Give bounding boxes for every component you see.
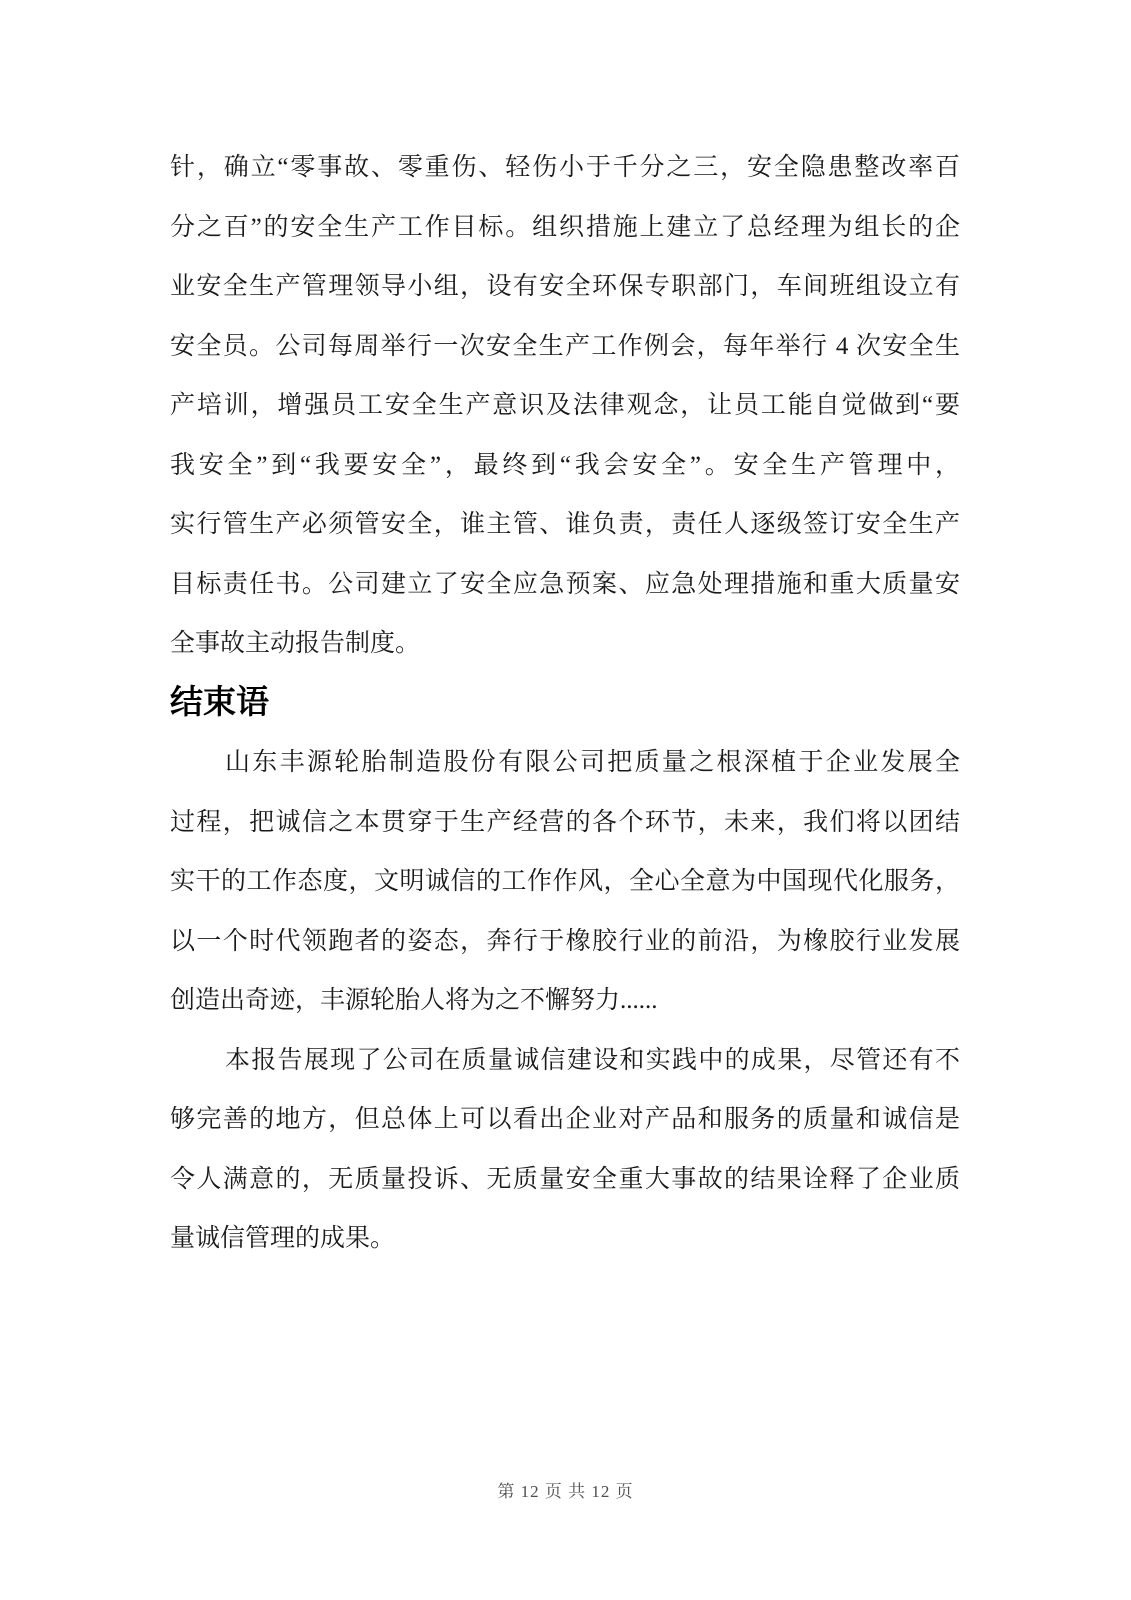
text-line: 山东丰源轮胎制造股份有限公司把质量之根深植于企业发展全 bbox=[170, 733, 960, 793]
text-line: 针，确立“零事故、零重伤、轻伤小于千分之三，安全隐患整改率百 bbox=[170, 138, 960, 198]
text-line: 我安全”到“我要安全”，最终到“我会安全”。安全生产管理中， bbox=[170, 436, 960, 496]
text-line: 过程，把诚信之本贯穿于生产经营的各个环节，未来，我们将以团结 bbox=[170, 793, 960, 853]
text-line: 安全员。公司每周举行一次安全生产工作例会，每年举行 4 次安全生 bbox=[170, 317, 960, 377]
text-line: 分之百”的安全生产工作目标。组织措施上建立了总经理为组长的企 bbox=[170, 198, 960, 258]
text-line: 令人满意的，无质量投诉、无质量安全重大事故的结果诠释了企业质 bbox=[170, 1150, 960, 1210]
text-line: 量诚信管理的成果。 bbox=[170, 1209, 960, 1269]
paragraph-safety-production: 针，确立“零事故、零重伤、轻伤小于千分之三，安全隐患整改率百 分之百”的安全生产… bbox=[170, 138, 960, 674]
text-line: 目标责任书。公司建立了安全应急预案、应急处理措施和重大质量安 bbox=[170, 555, 960, 615]
text-line: 实干的工作态度，文明诚信的工作作风，全心全意为中国现代化服务， bbox=[170, 852, 960, 912]
text-line: 产培训，增强员工安全生产意识及法律观念，让员工能自觉做到“要 bbox=[170, 376, 960, 436]
page-footer: 第 12 页 共 12 页 bbox=[0, 1477, 1131, 1502]
text-line: 够完善的地方，但总体上可以看出企业对产品和服务的质量和诚信是 bbox=[170, 1090, 960, 1150]
paragraph-report-summary: 本报告展现了公司在质量诚信建设和实践中的成果，尽管还有不 够完善的地方，但总体上… bbox=[170, 1031, 960, 1269]
document-page: 针，确立“零事故、零重伤、轻伤小于千分之三，安全隐患整改率百 分之百”的安全生产… bbox=[0, 0, 1131, 1600]
text-line: 全事故主动报告制度。 bbox=[170, 614, 960, 674]
document-body: 针，确立“零事故、零重伤、轻伤小于千分之三，安全隐患整改率百 分之百”的安全生产… bbox=[170, 138, 960, 1269]
page-number-indicator: 第 12 页 共 12 页 bbox=[497, 1482, 633, 1501]
paragraph-closing-outlook: 山东丰源轮胎制造股份有限公司把质量之根深植于企业发展全 过程，把诚信之本贯穿于生… bbox=[170, 733, 960, 1031]
text-line: 实行管生产必须管安全，谁主管、谁负责，责任人逐级签订安全生产 bbox=[170, 495, 960, 555]
text-line: 本报告展现了公司在质量诚信建设和实践中的成果，尽管还有不 bbox=[170, 1031, 960, 1091]
text-line: 业安全生产管理领导小组，设有安全环保专职部门，车间班组设立有 bbox=[170, 257, 960, 317]
section-heading-conclusion: 结束语 bbox=[170, 674, 960, 734]
text-line: 创造出奇迹，丰源轮胎人将为之不懈努力...... bbox=[170, 971, 960, 1031]
text-line: 以一个时代领跑者的姿态，奔行于橡胶行业的前沿，为橡胶行业发展 bbox=[170, 912, 960, 972]
